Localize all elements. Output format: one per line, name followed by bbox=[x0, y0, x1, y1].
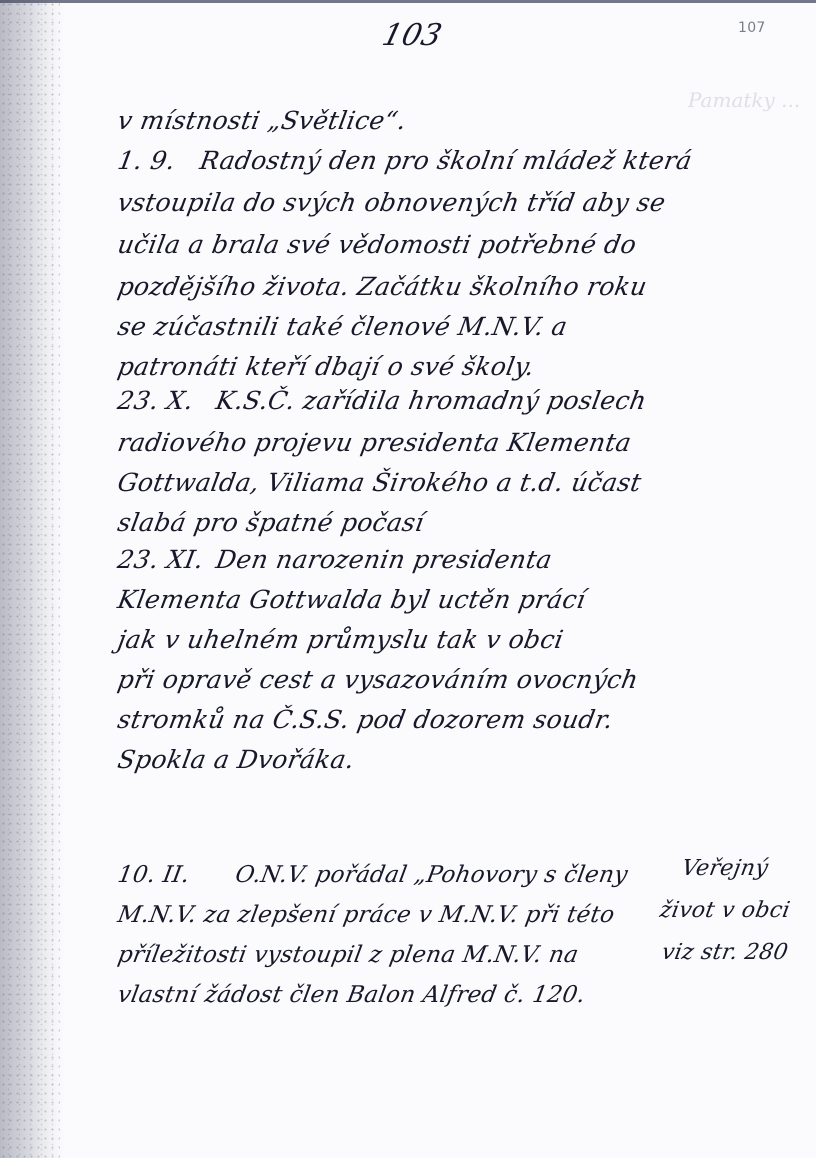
line-text: příležitosti vystoupil z plena M.N.V. na bbox=[116, 942, 581, 968]
entry-4-line-3: příležitosti vystoupil z plena M.N.V. na bbox=[116, 942, 581, 968]
line-text: Gottwalda, Viliama Širokého a t.d. účast bbox=[115, 468, 643, 497]
archive-number: 107 bbox=[738, 20, 766, 36]
line-text: Spokla a Dvořáka. bbox=[115, 745, 356, 774]
entry-4-line-4: vlastní žádost člen Balon Alfred č. 120. bbox=[116, 982, 588, 1008]
line-text: Klementa Gottwalda byl uctěn prácí bbox=[115, 585, 587, 614]
bleed-through-text: Pamatky ... bbox=[688, 88, 800, 112]
margin-note-line-1: Veřejný bbox=[680, 856, 770, 881]
margin-note-line-3: viz str. 280 bbox=[660, 940, 790, 965]
entry-2-line-1: 23. X. K.S.Č. zařídila hromadný poslech bbox=[115, 386, 648, 415]
line-text: patronáti kteří dbají o své školy. bbox=[115, 352, 536, 381]
line-text: jak v uhelném průmyslu tak v obci bbox=[115, 625, 565, 654]
entry-1-line-3: učila a brala své vědomosti potřebné do bbox=[115, 230, 638, 259]
entry-continuation-line: v místnosti „Světlice“. bbox=[115, 106, 408, 135]
entry-date: 23. XI. bbox=[115, 545, 210, 574]
line-text: vlastní žádost člen Balon Alfred č. 120. bbox=[116, 982, 588, 1008]
line-text: M.N.V. za zlepšení práce v M.N.V. při té… bbox=[116, 902, 617, 928]
entry-1-line-2: vstoupila do svých obnovených tříd aby s… bbox=[115, 188, 667, 217]
line-text: radiového projevu presidenta Klementa bbox=[115, 428, 633, 457]
page-number: 103 bbox=[379, 18, 446, 53]
entry-1-line-4: pozdějšího života. Začátku školního roku bbox=[115, 272, 649, 301]
entry-3-line-2: Klementa Gottwalda byl uctěn prácí bbox=[115, 585, 587, 614]
line-text: při opravě cest a vysazováním ovocných bbox=[115, 665, 640, 694]
entry-1-line-6: patronáti kteří dbají o své školy. bbox=[115, 352, 536, 381]
entry-date: 10. II. bbox=[116, 862, 231, 888]
entry-4-line-2: M.N.V. za zlepšení práce v M.N.V. při té… bbox=[116, 902, 617, 928]
entry-date: 23. X. bbox=[115, 386, 210, 415]
line-text: učila a brala své vědomosti potřebné do bbox=[115, 230, 638, 259]
entry-2-line-2: radiového projevu presidenta Klementa bbox=[115, 428, 633, 457]
scanned-page: 103 107 Pamatky ... v místnosti „Světlic… bbox=[0, 0, 816, 1158]
entry-3-line-5: stromků na Č.S.S. pod dozorem soudr. bbox=[115, 705, 615, 734]
line-text: vstoupila do svých obnovených tříd aby s… bbox=[115, 188, 667, 217]
margin-note-line-2: život v obci bbox=[658, 898, 792, 923]
entry-3-line-3: jak v uhelném průmyslu tak v obci bbox=[115, 625, 565, 654]
binding-shadow bbox=[0, 0, 60, 1158]
line-text: K.S.Č. zařídila hromadný poslech bbox=[214, 386, 649, 415]
entry-3-line-1: 23. XI. Den narozenin presidenta bbox=[115, 545, 554, 574]
line-text: Radostný den pro školní mládež která bbox=[198, 146, 695, 175]
line-text: Den narozenin presidenta bbox=[214, 545, 555, 574]
entry-date: 1. 9. bbox=[115, 146, 194, 175]
line-text: slabá pro špatné počasí bbox=[115, 508, 426, 537]
line-text: se zúčastnili také členové M.N.V. a bbox=[115, 312, 569, 341]
entry-2-line-3: Gottwalda, Viliama Širokého a t.d. účast bbox=[115, 468, 643, 497]
entry-3-line-6: Spokla a Dvořáka. bbox=[115, 745, 356, 774]
line-text: v místnosti „Světlice“. bbox=[115, 106, 408, 135]
line-text: stromků na Č.S.S. pod dozorem soudr. bbox=[115, 705, 615, 734]
entry-3-line-4: při opravě cest a vysazováním ovocných bbox=[115, 665, 640, 694]
line-text: O.N.V. pořádal „Pohovory s členy bbox=[233, 862, 629, 888]
line-text: pozdějšího života. Začátku školního roku bbox=[115, 272, 649, 301]
entry-2-line-4: slabá pro špatné počasí bbox=[115, 508, 426, 537]
entry-1-line-1: 1. 9. Radostný den pro školní mládež kte… bbox=[115, 146, 694, 175]
scan-top-edge bbox=[0, 0, 816, 3]
entry-4-line-1: 10. II. O.N.V. pořádal „Pohovory s členy bbox=[116, 862, 630, 888]
entry-1-line-5: se zúčastnili také členové M.N.V. a bbox=[115, 312, 569, 341]
